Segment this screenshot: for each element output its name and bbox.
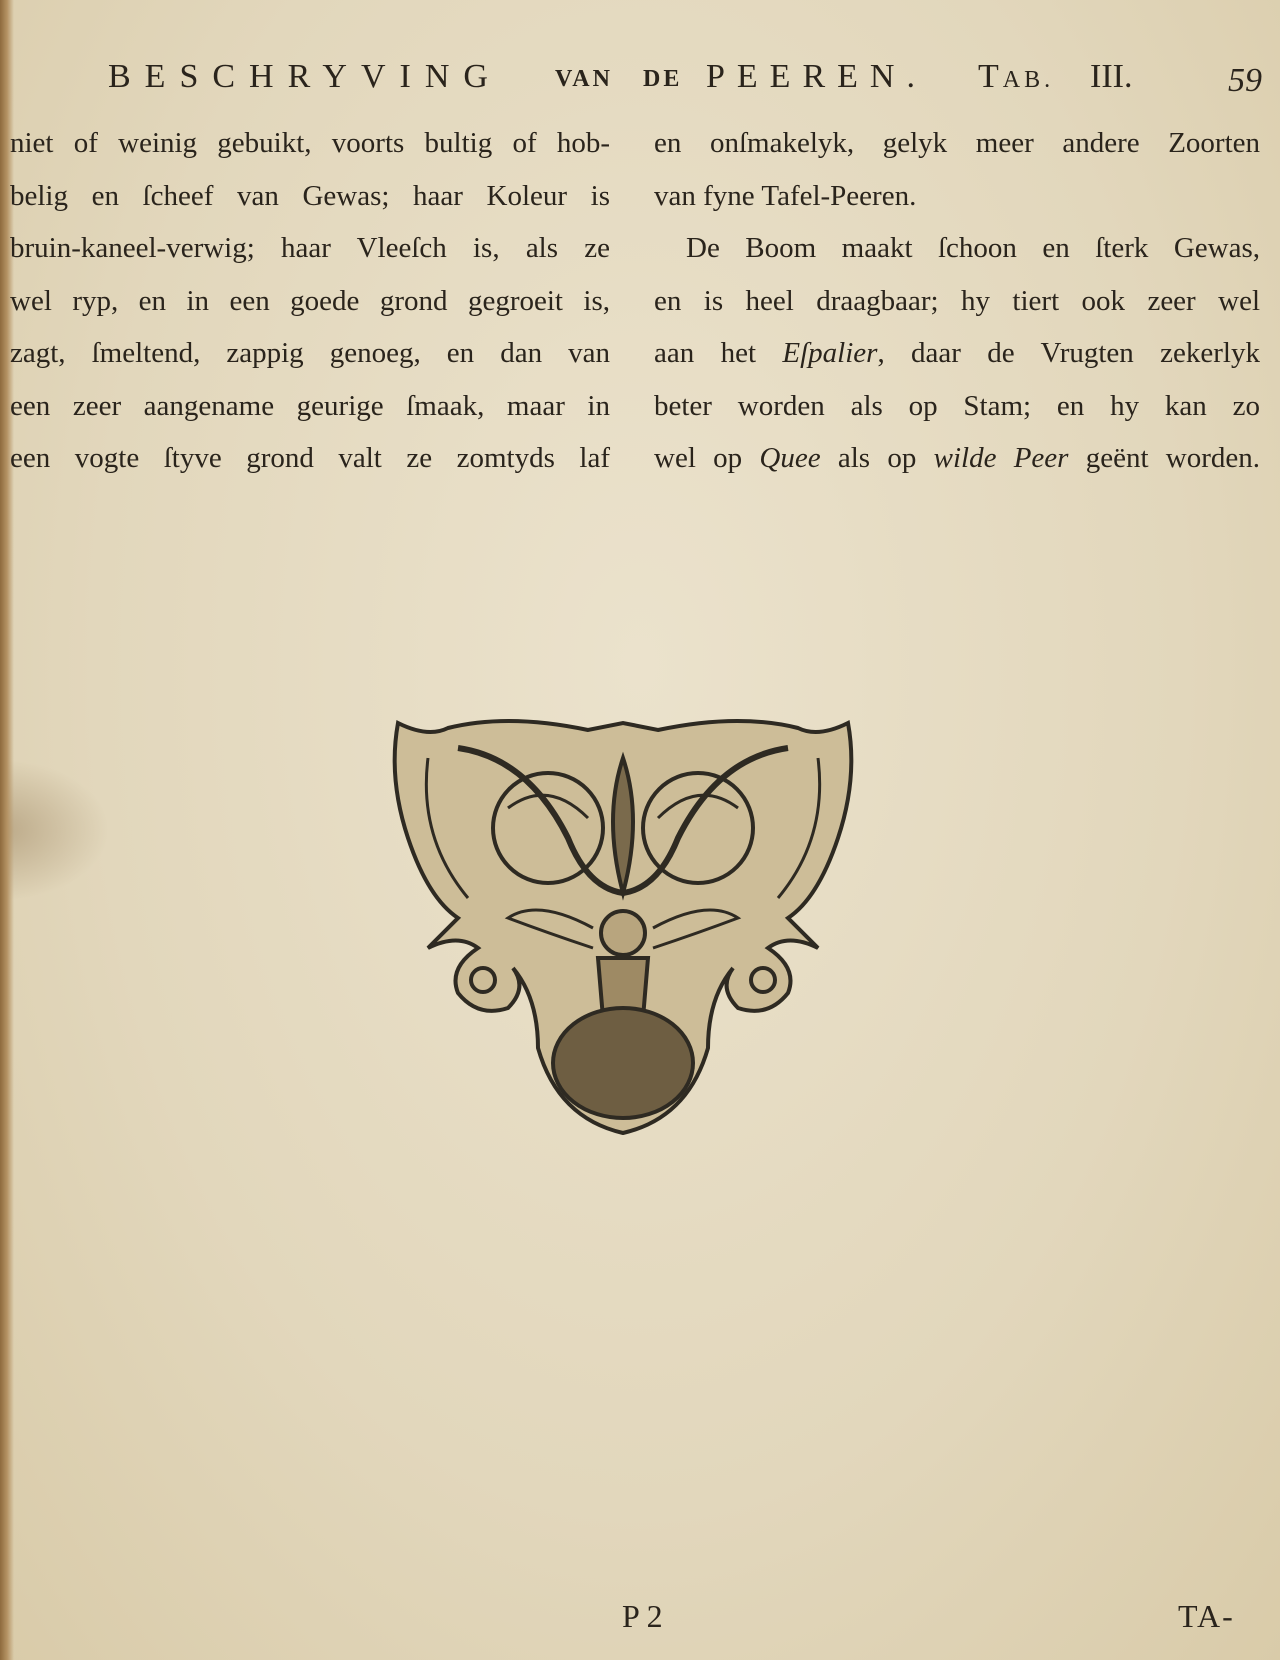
text-line: niet of weinig gebuikt, voorts bultig of…: [10, 117, 610, 170]
text-line-paragraph-end: van fyne Tafel-Peeren.: [654, 170, 1260, 223]
text-run: wel op: [654, 442, 759, 474]
text-run: , daar de Vrugten zekerlyk: [877, 337, 1260, 369]
text-line: en is heel draagbaar; hy tiert ook zeer …: [654, 275, 1260, 328]
catchword: TA-: [1178, 1598, 1235, 1635]
left-text-column: niet of weinig gebuikt, voorts bultig of…: [10, 117, 610, 485]
header-title-beschryving: BESCHRYVING: [108, 58, 502, 96]
right-text-column: en onſmakelyk, gelyk meer andere Zoorten…: [654, 117, 1260, 485]
text-line: aan het Eſpalier, daar de Vrugten zekerl…: [654, 327, 1260, 380]
header-title-peeren: PEEREN.: [706, 58, 927, 96]
header-tab-smallcaps: AB.: [1003, 67, 1054, 93]
page-number: 59: [1228, 62, 1262, 100]
text-run: als op: [821, 442, 934, 474]
text-line: wel op Quee als op wilde Peer geënt word…: [654, 432, 1260, 485]
text-line: bruin-kaneel-verwig; haar Vleeſch is, al…: [10, 222, 610, 275]
text-line: wel ryp, en in een goede grond gegroeit …: [10, 275, 610, 328]
header-tab-prefix: T: [978, 58, 1003, 95]
text-line: en onſmakelyk, gelyk meer andere Zoorten: [654, 117, 1260, 170]
italic-term-wilde-peer: wilde Peer: [934, 442, 1069, 474]
text-run: geënt worden.: [1068, 442, 1260, 474]
header-tab: TAB.: [978, 58, 1054, 96]
text-line: belig en ſcheef van Gewas; haar Koleur i…: [10, 170, 610, 223]
italic-term-quee: Quee: [759, 442, 820, 474]
text-line-paragraph-start: De Boom maakt ſchoon en ſterk Gewas,: [654, 222, 1260, 275]
text-line: zagt, ſmeltend, zappig genoeg, en dan va…: [10, 327, 610, 380]
woodcut-ornament-icon: [388, 718, 858, 1138]
header-plate-number: III.: [1090, 58, 1132, 96]
italic-term-espalier: Eſpalier: [782, 337, 877, 369]
header-van: VAN: [555, 66, 613, 93]
running-header: BESCHRYVING VAN DE PEEREN. TAB. III. 59: [0, 58, 1280, 108]
text-run: aan het: [654, 337, 782, 369]
text-line: een vogte ſtyve grond valt ze zomtyds la…: [10, 432, 610, 485]
signature-mark: P 2: [622, 1598, 663, 1635]
header-de: DE: [643, 66, 682, 93]
text-line: een zeer aangename geurige ſmaak, maar i…: [10, 380, 610, 433]
text-line: beter worden als op Stam; en hy kan zo: [654, 380, 1260, 433]
